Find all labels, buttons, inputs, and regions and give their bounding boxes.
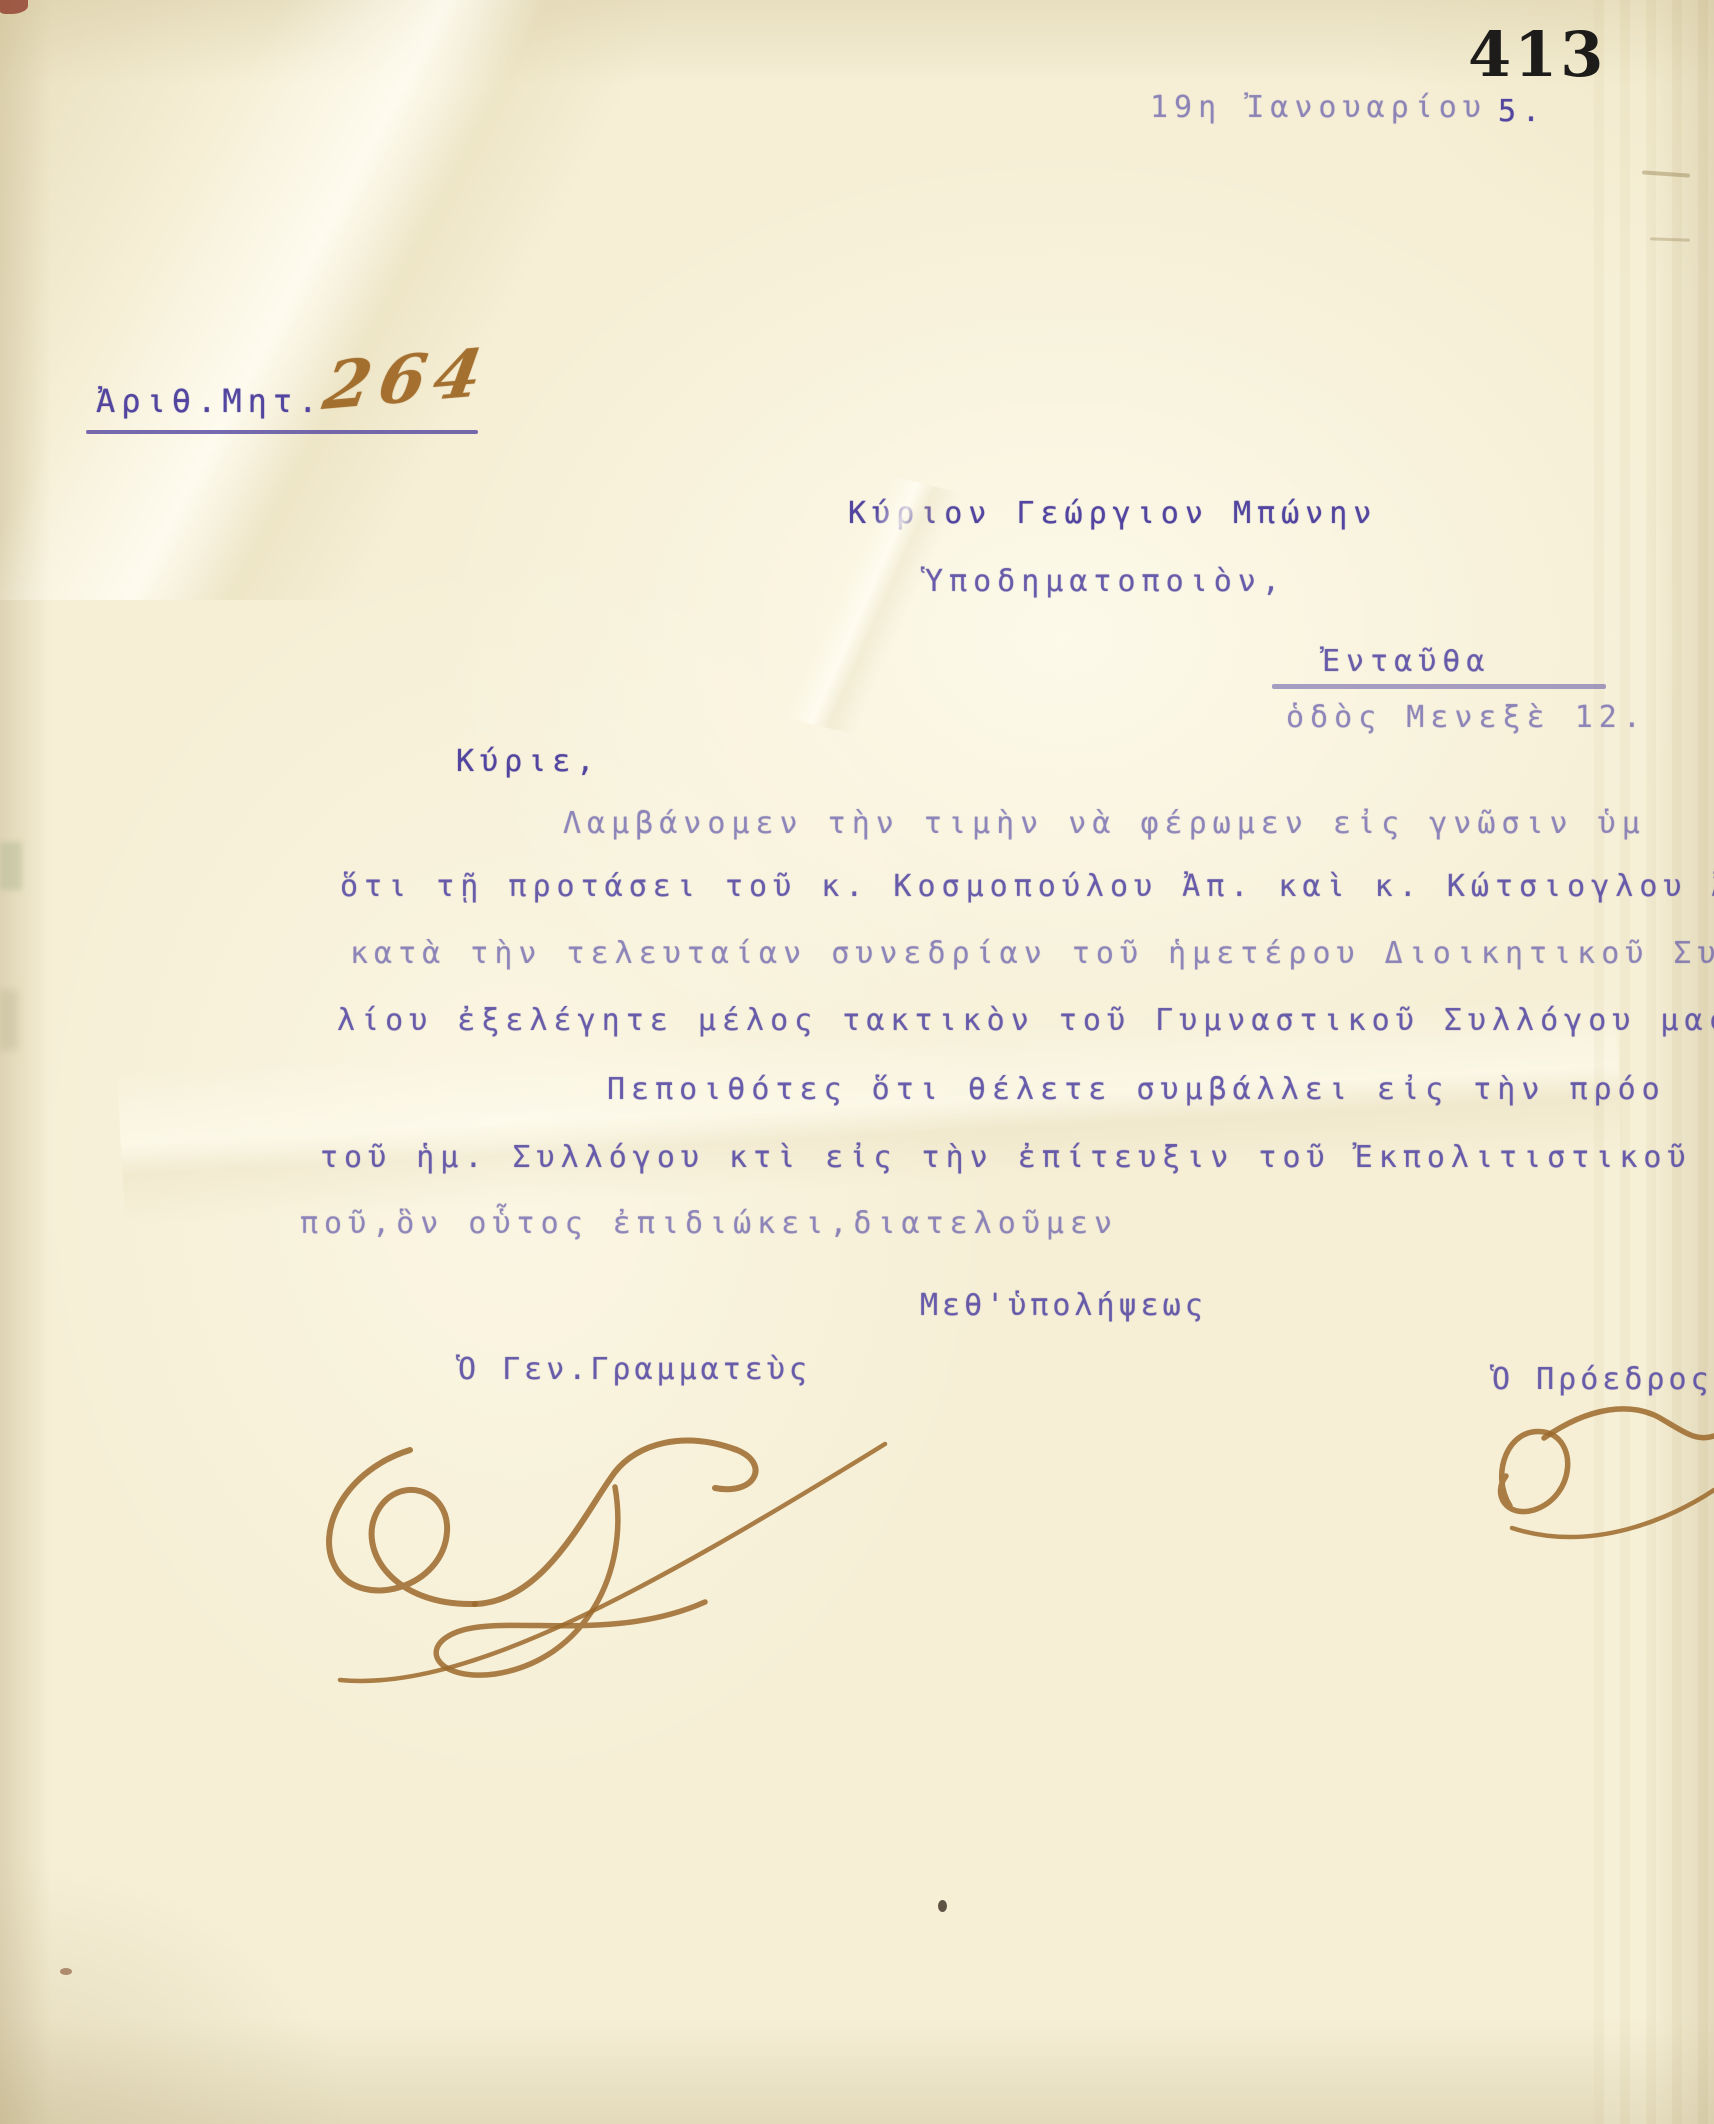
paper-crease-topleft <box>0 0 740 600</box>
ink-speck <box>938 1900 947 1912</box>
recipient-location: Ἐνταῦθα <box>1322 644 1490 679</box>
registry-number-handwritten: 264 <box>318 333 495 425</box>
date-year-fragment: 5. <box>1498 94 1546 129</box>
date-line: 19η Ἰανουαρίου <box>1150 90 1487 125</box>
body-line: Λαμβάνομεν τὴν τιμὴν νὰ φέρωμεν εἰς γνῶσ… <box>563 806 1646 841</box>
secretary-title: Ὁ Γεν.Γραμματεὺς <box>458 1352 811 1387</box>
fold-mark <box>1642 170 1690 177</box>
registry-number-label: Ἀριθ.Μητ. <box>96 382 323 420</box>
page-number: 413 <box>1468 18 1606 91</box>
body-line: λίου ἐξελέγητε μέλος τακτικὸν τοῦ Γυμνασ… <box>337 1003 1714 1038</box>
paper-crease-right <box>1594 0 1714 2124</box>
body-line: τοῦ ἡμ. Συλλόγου κτὶ εἰς τὴν ἐπίτευξιν τ… <box>320 1140 1692 1175</box>
registry-underline <box>86 430 478 434</box>
body-line: ποῦ,ὃν οὗτος ἐπιδιώκει,διατελοῦμεν <box>300 1206 1118 1241</box>
bleed-through-mark <box>0 990 18 1050</box>
paper-shading <box>0 0 1714 2124</box>
body-line: κατὰ τὴν τελευταίαν συνεδρίαν τοῦ ἡμετέρ… <box>350 936 1714 971</box>
body-line: Πεποιθότες ὅτι θέλετε συμβάλλει εἰς τὴν … <box>607 1072 1666 1107</box>
paper-edge-mark <box>0 0 28 14</box>
recipient-occupation: Ὑποδηματοποιὸν, <box>925 564 1286 599</box>
scanned-letter-page: 413 19η Ἰανουαρίου 5. Ἀριθ.Μητ. 264 Κύρι… <box>0 0 1714 2124</box>
body-line: ὅτι τῇ προτάσει τοῦ κ. Κοσμοπούλου Ἀπ. κ… <box>340 869 1714 904</box>
recipient-street: ὁδὸς Μενεξὲ 12. <box>1286 700 1647 735</box>
closing-phrase: Μεθ'ὑπολήψεως <box>920 1288 1207 1323</box>
location-underline <box>1272 684 1606 689</box>
recipient-name: Κύριον Γεώργιον Μπώνην <box>848 496 1377 531</box>
fold-mark <box>1650 237 1690 241</box>
bleed-through-mark <box>0 842 22 890</box>
secretary-signature-handwriting <box>285 1392 915 1692</box>
president-signature-handwriting <box>1472 1378 1714 1568</box>
ink-speck <box>60 1968 72 1975</box>
salutation: Κύριε, <box>456 744 600 779</box>
